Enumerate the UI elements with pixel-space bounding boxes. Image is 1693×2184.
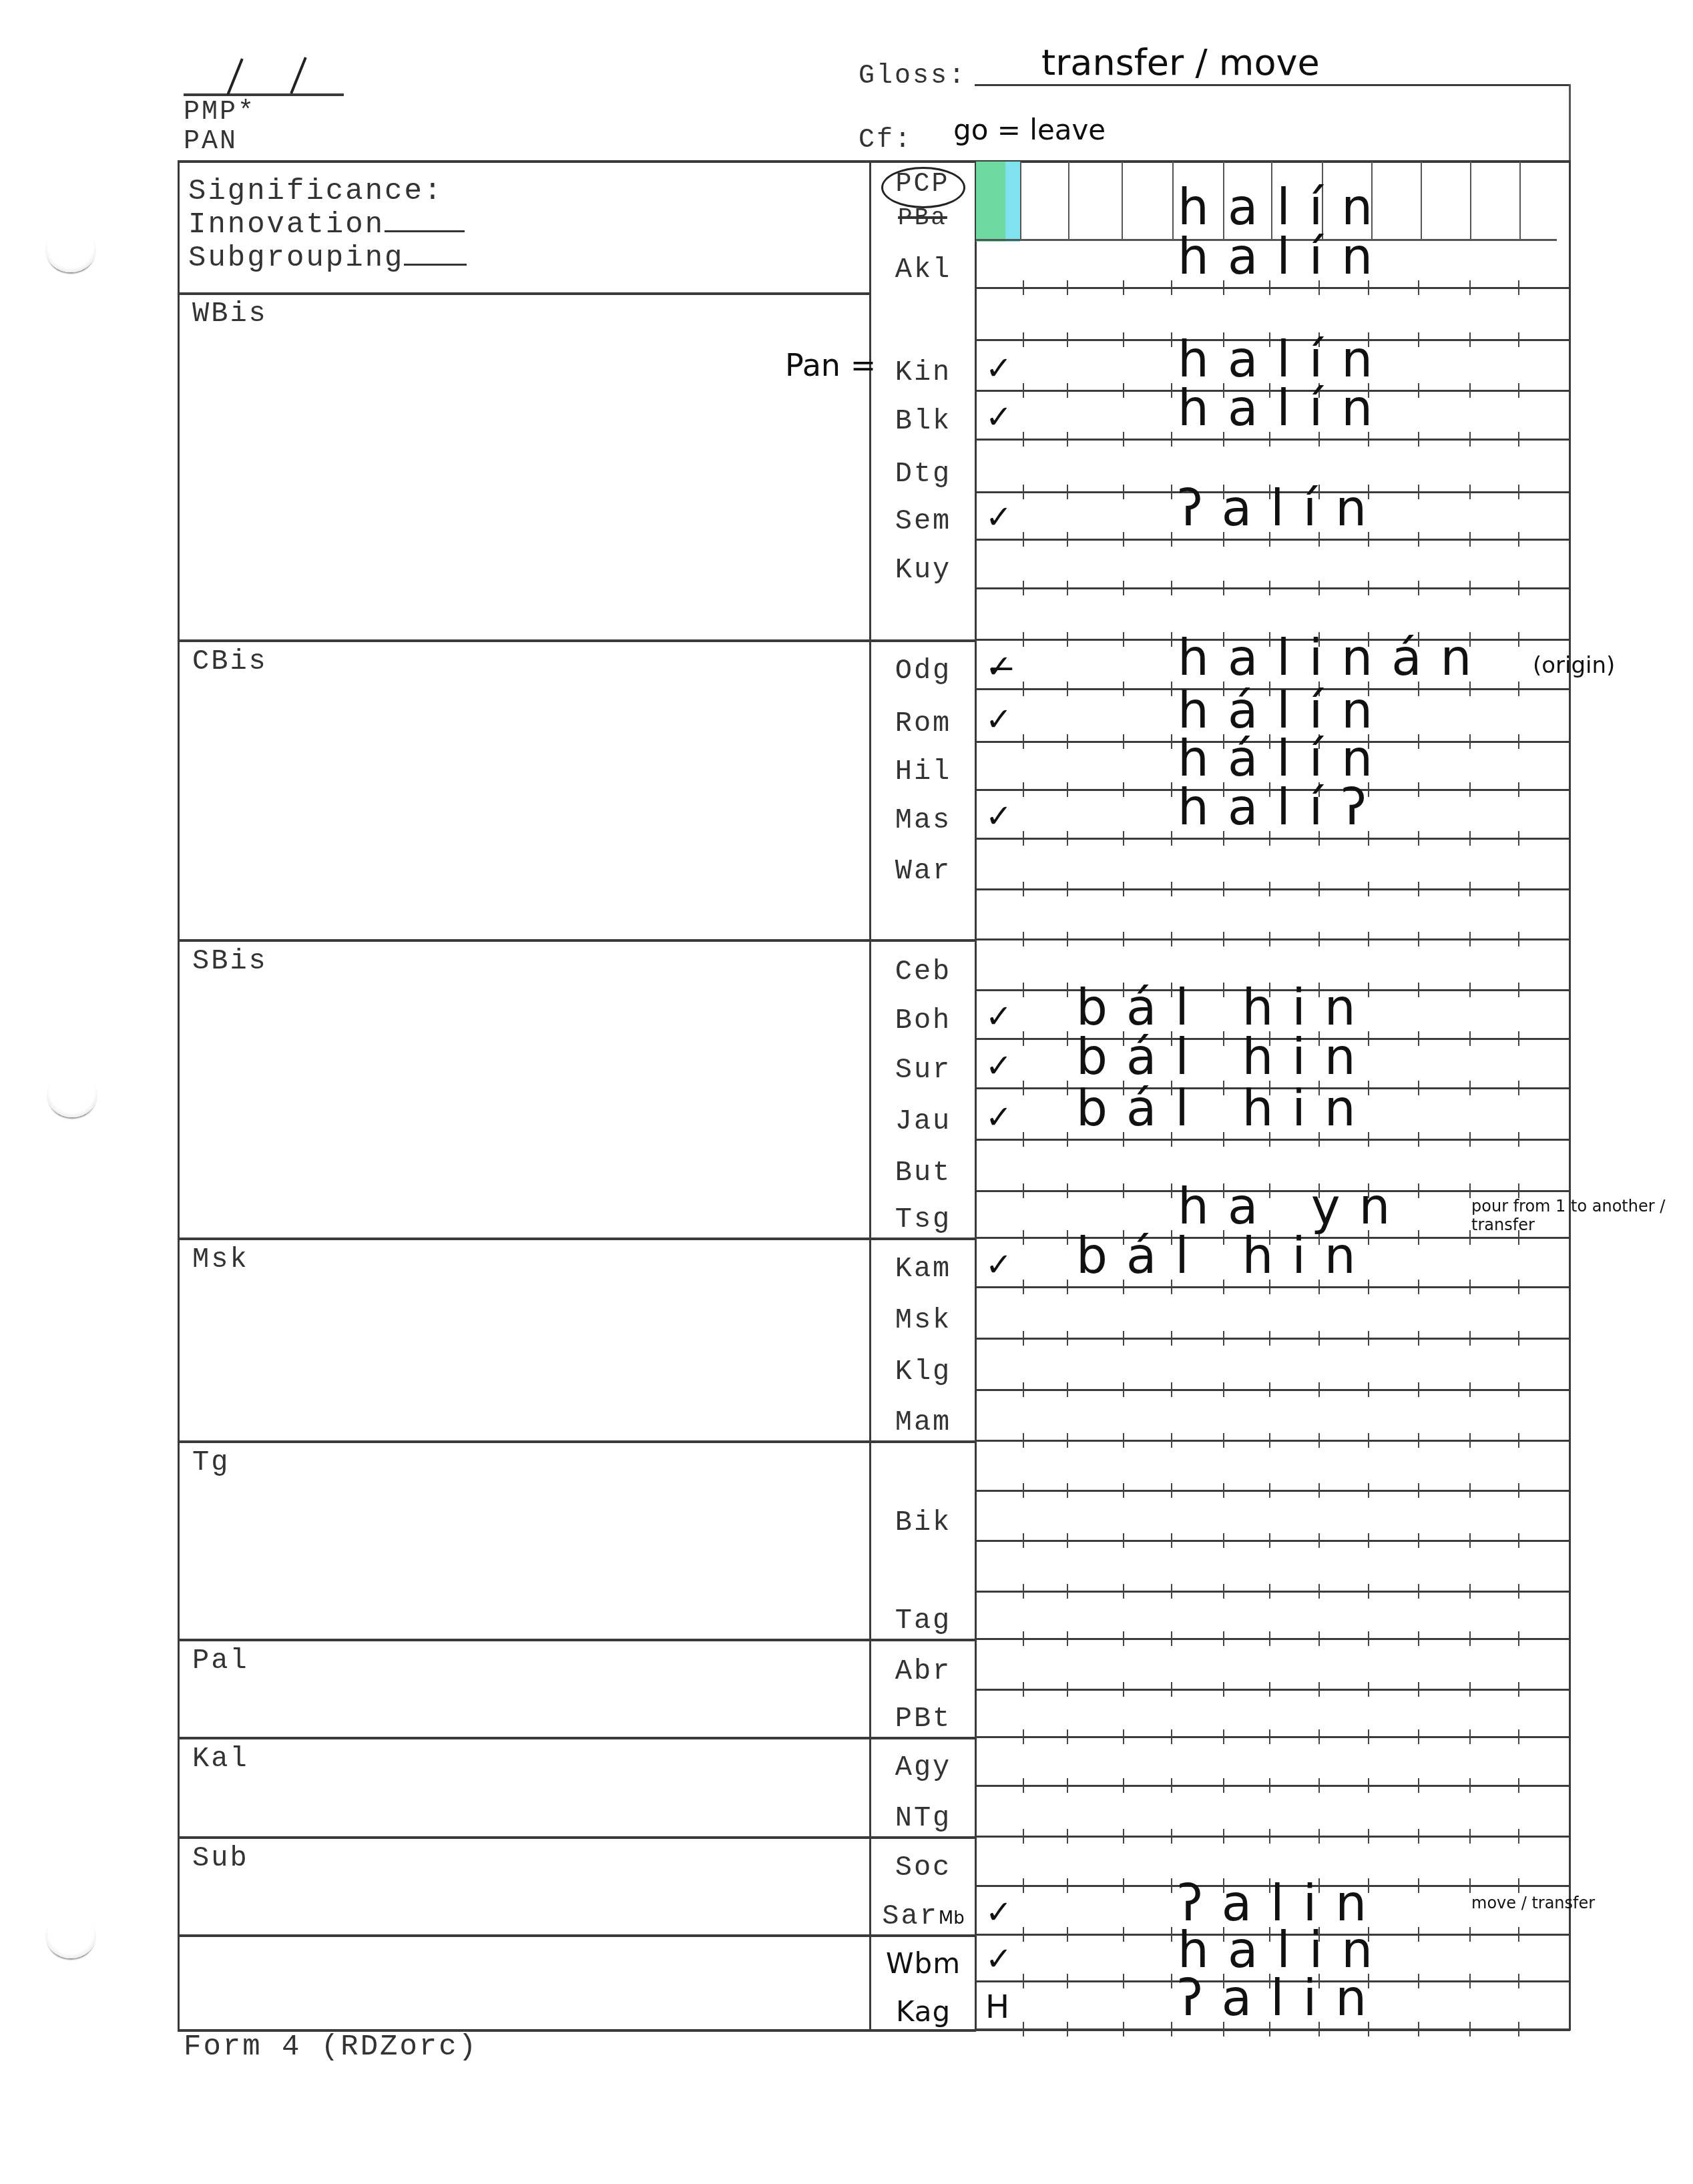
segment-tick — [1067, 1081, 1068, 1095]
language-label-dtg: Dtg — [872, 458, 975, 490]
segment-tick — [1067, 485, 1068, 499]
segment-tick — [1023, 1382, 1024, 1397]
segment-tick — [1269, 1483, 1270, 1498]
segment-tick — [1469, 432, 1471, 447]
row-baseline — [976, 938, 1570, 940]
segment-tick — [1418, 432, 1419, 447]
segment-tick — [1418, 332, 1419, 347]
row-baseline — [976, 1490, 1570, 1492]
innovation-field[interactable]: Innovation — [188, 208, 467, 242]
language-label-tag: Tag — [872, 1605, 975, 1637]
segment-tick — [1469, 485, 1471, 499]
segment-tick — [1023, 882, 1024, 896]
language-label-agy: Agy — [872, 1751, 975, 1784]
section-label-cbis: CBis — [192, 645, 268, 677]
segment-tick — [1067, 734, 1068, 749]
reconstruction-cell-divider — [1519, 162, 1521, 240]
segment-tick — [1469, 1331, 1471, 1346]
segment-tick — [1418, 1031, 1419, 1046]
segment-tick — [1418, 734, 1419, 749]
segment-tick — [1123, 1331, 1124, 1346]
segment-tick — [1171, 882, 1172, 896]
segment-tick — [1368, 1483, 1369, 1498]
segment-tick — [1171, 1584, 1172, 1599]
segment-tick — [1269, 932, 1270, 946]
segment-tick — [1023, 1927, 1024, 1942]
segment-tick — [1171, 280, 1172, 295]
segment-tick — [1023, 532, 1024, 547]
section-divider — [178, 939, 976, 942]
segment-tick — [1518, 831, 1519, 846]
segment-tick — [1518, 1031, 1519, 1046]
segment-tick — [1123, 1433, 1124, 1448]
proto-label-pan: PAN — [184, 127, 238, 157]
segment-tick — [1023, 432, 1024, 447]
segment-tick — [1123, 581, 1124, 595]
segment-tick — [1418, 1533, 1419, 1548]
segment-tick — [1023, 681, 1024, 696]
reconstruction-cell-divider — [1122, 162, 1123, 240]
segment-tick — [1123, 882, 1124, 896]
segment-tick — [1067, 1878, 1068, 1893]
segment-tick — [1171, 1331, 1172, 1346]
segment-tick — [1469, 1778, 1471, 1793]
segment-tick — [1418, 1778, 1419, 1793]
section-label-pal: Pal — [192, 1645, 249, 1677]
segment-tick — [1223, 1631, 1224, 1646]
language-code: Kag — [896, 1995, 951, 2028]
checkmark-icon[interactable]: ✓ — [985, 1940, 1012, 1978]
segment-tick — [1469, 532, 1471, 547]
segment-tick — [1123, 1729, 1124, 1744]
language-code: PBt — [895, 1703, 952, 1735]
cognate-form[interactable]: bál hin — [1076, 1029, 1375, 1086]
language-code: Blk — [895, 405, 952, 437]
cf-value[interactable]: go = leave — [953, 113, 1106, 146]
segment-tick — [1171, 432, 1172, 447]
checkmark-icon[interactable]: ✓ — [985, 998, 1012, 1035]
language-code: Tag — [895, 1605, 952, 1637]
segment-tick — [1518, 1081, 1519, 1095]
segment-tick — [1067, 1031, 1068, 1046]
segment-tick — [1368, 932, 1369, 946]
language-code: Tsg — [895, 1203, 952, 1236]
language-code: Akl — [895, 254, 952, 286]
segment-tick — [1123, 932, 1124, 946]
date-slash-2 — [290, 57, 306, 93]
segment-tick — [1067, 332, 1068, 347]
language-label-msk: Msk — [872, 1304, 975, 1336]
segment-tick — [1318, 581, 1320, 595]
segment-tick — [1368, 1584, 1369, 1599]
cognate-form[interactable]: halín — [1178, 380, 1391, 437]
segment-tick — [1318, 1382, 1320, 1397]
segment-tick — [1123, 1584, 1124, 1599]
segment-tick — [1067, 1778, 1068, 1793]
proto-label-pmp: PMP* — [184, 97, 256, 127]
segment-tick — [1067, 1927, 1068, 1942]
language-label-soc: Soc — [872, 1852, 975, 1884]
segment-tick — [1518, 2022, 1519, 2036]
section-label-tg: Tg — [192, 1446, 230, 1478]
row-baseline — [976, 838, 1570, 840]
section-divider — [178, 1440, 976, 1443]
segment-tick — [1023, 1533, 1024, 1548]
segment-tick — [1067, 681, 1068, 696]
section-label-sub: Sub — [192, 1842, 249, 1874]
segment-tick — [1067, 1183, 1068, 1198]
segment-tick — [1269, 1778, 1270, 1793]
segment-tick — [1418, 280, 1419, 295]
segment-tick — [1318, 1584, 1320, 1599]
checkmark-icon[interactable]: ✓ — [985, 1894, 1012, 1931]
reconstruction-cell-divider — [1470, 162, 1471, 240]
segment-tick — [1368, 1829, 1369, 1844]
cognate-form[interactable]: ʔalin — [1178, 1970, 1385, 2027]
segment-tick — [1067, 831, 1068, 846]
segment-tick — [1418, 1974, 1419, 1988]
segment-tick — [1023, 632, 1024, 647]
segment-tick — [1171, 1927, 1172, 1942]
language-label-hil: Hil — [872, 756, 975, 788]
language-label-abr: Abr — [872, 1655, 975, 1687]
segment-tick — [1418, 1433, 1419, 1448]
segment-tick — [1269, 1433, 1270, 1448]
segment-tick — [1171, 485, 1172, 499]
segment-tick — [1023, 734, 1024, 749]
segment-tick — [1067, 581, 1068, 595]
segment-tick — [1518, 782, 1519, 797]
segment-tick — [1418, 1829, 1419, 1844]
section-label-msk: Msk — [192, 1244, 249, 1276]
segment-tick — [1418, 1183, 1419, 1198]
segment-tick — [1067, 882, 1068, 896]
segment-tick — [1023, 831, 1024, 846]
cognate-form[interactable]: ʔalín — [1178, 480, 1385, 537]
segment-tick — [1518, 1382, 1519, 1397]
section-divider — [178, 1639, 976, 1641]
segment-tick — [1123, 1382, 1124, 1397]
checkmark-icon[interactable]: ✓ — [985, 499, 1012, 536]
segment-tick — [1023, 581, 1024, 595]
row-baseline — [976, 1736, 1570, 1738]
segment-tick — [1171, 1974, 1172, 1988]
segment-tick — [1171, 1631, 1172, 1646]
checkmark-icon[interactable]: ✓ — [985, 798, 1012, 835]
segment-tick — [1171, 1878, 1172, 1893]
language-code: Boh — [895, 1005, 952, 1037]
language-label-blk: Blk — [872, 405, 975, 437]
segment-tick — [1171, 734, 1172, 749]
segment-tick — [1067, 1483, 1068, 1498]
segment-tick — [1123, 1927, 1124, 1942]
language-code: Sur — [895, 1054, 952, 1086]
table-top-border — [178, 160, 1570, 163]
segment-tick — [1469, 1433, 1471, 1448]
gloss-note: (origin) — [1533, 656, 1615, 675]
cognate-form[interactable]: halín — [1178, 228, 1391, 286]
segment-tick — [1023, 1682, 1024, 1697]
segment-tick — [1269, 1682, 1270, 1697]
segment-tick — [1518, 1132, 1519, 1147]
row-baseline — [976, 1638, 1570, 1640]
table-left-border — [178, 160, 180, 2030]
segment-tick — [1023, 1331, 1024, 1346]
segment-tick — [1123, 1631, 1124, 1646]
segment-tick — [1269, 882, 1270, 896]
segment-tick — [1518, 882, 1519, 896]
cognate-form[interactable]: bál hin — [1076, 1080, 1375, 1137]
segment-tick — [1368, 1382, 1369, 1397]
segment-tick — [1023, 1584, 1024, 1599]
segment-tick — [1269, 1584, 1270, 1599]
segment-tick — [1518, 532, 1519, 547]
segment-tick — [1368, 581, 1369, 595]
language-code: Rom — [895, 708, 952, 740]
row-baseline — [976, 587, 1570, 589]
checkmark-icon[interactable]: ✓ — [985, 398, 1012, 436]
segment-tick — [1318, 1331, 1320, 1346]
language-code: Odg — [895, 655, 952, 687]
segment-tick — [1318, 1729, 1320, 1744]
segment-tick — [1518, 1927, 1519, 1942]
section-divider — [178, 1737, 976, 1739]
language-label-but: But — [872, 1157, 975, 1189]
segment-tick — [1223, 1829, 1224, 1844]
segment-tick — [1368, 1533, 1369, 1548]
segment-tick — [1518, 1729, 1519, 1744]
segment-tick — [1318, 882, 1320, 896]
checkmark-icon[interactable]: ✓ — [985, 1047, 1012, 1085]
checkmark-icon[interactable]: ✓ — [985, 701, 1012, 738]
section-divider — [178, 639, 976, 642]
segment-tick — [1223, 581, 1224, 595]
segment-tick — [1469, 1183, 1471, 1198]
language-code: War — [895, 855, 952, 887]
segment-tick — [1318, 1433, 1320, 1448]
segment-tick — [1418, 782, 1419, 797]
segment-tick — [1023, 983, 1024, 997]
segment-tick — [1518, 932, 1519, 946]
segment-tick — [1123, 383, 1124, 398]
segment-tick — [1318, 1682, 1320, 1697]
language-code: Hil — [895, 756, 952, 788]
checkmark-icon[interactable]: ✓ — [985, 350, 1012, 387]
segment-tick — [1469, 734, 1471, 749]
segment-tick — [1023, 485, 1024, 499]
segment-tick — [1171, 1682, 1172, 1697]
segment-tick — [1518, 1829, 1519, 1844]
segment-tick — [1318, 1778, 1320, 1793]
segment-tick — [1067, 1433, 1068, 1448]
segment-tick — [1418, 581, 1419, 595]
segment-tick — [1023, 782, 1024, 797]
segment-tick — [1123, 2022, 1124, 2036]
segment-tick — [1171, 383, 1172, 398]
checkmark-icon[interactable]: ✓̶ — [985, 648, 1012, 686]
subgrouping-label: Subgrouping — [188, 242, 404, 275]
segment-tick — [1469, 1132, 1471, 1147]
checkmark-icon[interactable]: ✓ — [985, 1246, 1012, 1284]
segment-tick — [1469, 1230, 1471, 1245]
segment-tick — [1418, 1132, 1419, 1147]
segment-tick — [1067, 1533, 1068, 1548]
segment-tick — [1518, 681, 1519, 696]
highlight-cyan-mark — [1005, 162, 1020, 242]
checkmark-icon[interactable]: ✓ — [985, 1099, 1012, 1136]
segment-tick — [1469, 1584, 1471, 1599]
language-label-odg: Odg — [872, 655, 975, 687]
segment-tick — [1469, 932, 1471, 946]
segment-tick — [1067, 1331, 1068, 1346]
segment-tick — [1067, 1829, 1068, 1844]
segment-tick — [1023, 1483, 1024, 1498]
hole-punch-bottom — [45, 1913, 96, 1958]
segment-tick — [1123, 1878, 1124, 1893]
cognate-form[interactable]: halíʔ — [1178, 779, 1385, 836]
cognate-form[interactable]: bál hin — [1076, 1227, 1375, 1285]
segment-tick — [1418, 1927, 1419, 1942]
segment-tick — [1418, 1584, 1419, 1599]
segment-tick — [1368, 1682, 1369, 1697]
segment-tick — [1418, 383, 1419, 398]
language-code: Abr — [895, 1655, 952, 1687]
language-code: Msk — [895, 1304, 952, 1336]
segment-tick — [1418, 1280, 1419, 1294]
row-baseline — [976, 1389, 1570, 1391]
form-footer-label: Form 4 (RDZorc) — [184, 2030, 478, 2064]
segment-tick — [1469, 1031, 1471, 1046]
segment-tick — [1067, 532, 1068, 547]
segment-tick — [1171, 1433, 1172, 1448]
segment-tick — [1469, 280, 1471, 295]
segment-tick — [1418, 532, 1419, 547]
segment-tick — [1518, 734, 1519, 749]
date-slash-1 — [226, 58, 243, 95]
language-label-pbt: PBt — [872, 1703, 975, 1735]
segment-tick — [1418, 1230, 1419, 1245]
source-mark-h[interactable]: H — [985, 1988, 1009, 2026]
segment-tick — [1518, 1183, 1519, 1198]
language-code: Klg — [895, 1356, 952, 1388]
segment-tick — [1269, 1331, 1270, 1346]
segment-tick — [1123, 485, 1124, 499]
segment-tick — [1418, 1631, 1419, 1646]
segment-tick — [1418, 1878, 1419, 1893]
segment-tick — [1123, 432, 1124, 447]
subgrouping-field[interactable]: Subgrouping — [188, 242, 467, 275]
segment-tick — [1269, 1729, 1270, 1744]
segment-tick — [1418, 1729, 1419, 1744]
language-code: Ceb — [895, 956, 952, 988]
language-label-kag: Kag — [872, 1995, 975, 2028]
language-label-jau: Jau — [872, 1105, 975, 1137]
language-label-sar: SarMb — [872, 1900, 975, 1932]
segment-tick — [1023, 1974, 1024, 1988]
row-baseline — [976, 539, 1570, 541]
language-label-tsg: Tsg — [872, 1203, 975, 1236]
table-right-border — [1569, 160, 1571, 2030]
segment-tick — [1023, 1132, 1024, 1147]
row-baseline — [976, 1286, 1570, 1288]
gloss-value[interactable]: transfer / move — [1041, 41, 1320, 83]
segment-tick — [1469, 1927, 1471, 1942]
segment-tick — [1469, 2022, 1471, 2036]
segment-tick — [1518, 1682, 1519, 1697]
segment-tick — [1067, 1132, 1068, 1147]
language-label-bik: Bik — [872, 1507, 975, 1539]
gloss-note: move / transfer — [1471, 1894, 1692, 1912]
language-label-kam: Kam — [872, 1253, 975, 1285]
segment-tick — [1123, 1483, 1124, 1498]
segment-tick — [1318, 1631, 1320, 1646]
segment-tick — [1171, 332, 1172, 347]
segment-tick — [1269, 1382, 1270, 1397]
segment-tick — [1518, 1533, 1519, 1548]
segment-tick — [1223, 1682, 1224, 1697]
segment-tick — [1123, 1974, 1124, 1988]
language-label-rom: Rom — [872, 708, 975, 740]
row-baseline — [976, 1440, 1570, 1442]
language-code: Bik — [895, 1507, 952, 1539]
row-baseline — [976, 1836, 1570, 1838]
segment-tick — [1067, 1974, 1068, 1988]
pan-equals-annotation: Pan = — [785, 347, 876, 383]
language-label-mas: Mas — [872, 804, 975, 836]
segment-tick — [1123, 532, 1124, 547]
segment-tick — [1418, 882, 1419, 896]
segment-tick — [1518, 581, 1519, 595]
segment-tick — [1067, 432, 1068, 447]
row-baseline — [976, 439, 1570, 441]
segment-tick — [1171, 1829, 1172, 1844]
segment-tick — [1123, 681, 1124, 696]
segment-tick — [1318, 1829, 1320, 1844]
segment-tick — [1368, 1778, 1369, 1793]
row-baseline — [976, 2028, 1570, 2030]
segment-tick — [1469, 1631, 1471, 1646]
section-divider — [178, 1836, 976, 1839]
language-label-boh: Boh — [872, 1005, 975, 1037]
segment-tick — [1067, 1631, 1068, 1646]
row-baseline — [976, 287, 1570, 289]
language-code: Sem — [895, 505, 952, 537]
language-code: Dtg — [895, 458, 952, 490]
segment-tick — [1469, 1829, 1471, 1844]
language-code: NTg — [895, 1802, 952, 1834]
cognate-form[interactable]: halinán — [1178, 629, 1491, 687]
language-code: Sar — [882, 1900, 939, 1932]
segment-tick — [1023, 1031, 1024, 1046]
segment-tick — [1269, 1631, 1270, 1646]
segment-tick — [1123, 1778, 1124, 1793]
section-label-kal: Kal — [192, 1743, 249, 1775]
header-frame-right — [1569, 84, 1571, 162]
section-divider — [178, 1934, 976, 1937]
segment-tick — [1318, 1483, 1320, 1498]
segment-tick — [1067, 632, 1068, 647]
segment-tick — [1518, 1974, 1519, 1988]
segment-tick — [1469, 782, 1471, 797]
segment-tick — [1469, 1729, 1471, 1744]
segment-tick — [1418, 1682, 1419, 1697]
segment-tick — [1469, 1533, 1471, 1548]
reconstruction-cell-divider — [1421, 162, 1422, 240]
segment-tick — [1023, 1729, 1024, 1744]
reconstruction-cell-divider — [1172, 162, 1174, 240]
segment-tick — [1518, 1483, 1519, 1498]
segment-tick — [1469, 581, 1471, 595]
